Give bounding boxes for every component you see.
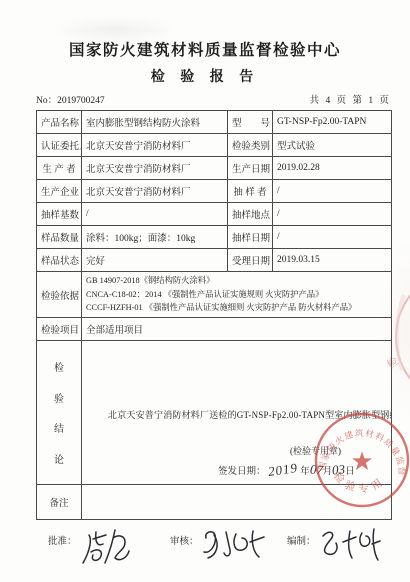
approve-label: 批准： [48,533,77,547]
issue-date-line: 签发日期： 2019 年07月03日 [218,462,355,478]
remark-value [82,485,392,520]
day-char: 日 [345,467,355,477]
basis-line-3: CCCF-HZFH-01 《强制性产品认证实施细则 火灾防护产品 防火材料产品》 [86,301,387,314]
approve-signature [77,527,141,567]
prepare-label: 编制： [287,533,316,547]
sampler-value: / [273,180,392,203]
items-value: 全部适用项目 [82,318,392,341]
sample-state-value: 完好 [82,249,228,272]
approve-group: 批准： [48,533,141,567]
issue-month-handwritten: 07 [309,462,323,479]
row-sample-qty: 样品数量 涂料：100kg；面漆：10kg 抽样日期 / [37,226,392,249]
pagination: 共 4 页 第 1 页 [310,92,391,106]
report-table: 产品名称 室内膨胀型钢结构防火涂料 型 号 GT-NSP-Fp2.00-TAPN… [36,110,392,520]
sampler-label: 抽 样 者 [228,180,273,203]
conclusion-char: 论 [54,451,64,466]
row-sample-base: 抽样基数 / 抽样地点 / [37,203,392,226]
production-date-label: 生产日期 [228,157,273,180]
conclusion-char: 结 [54,420,64,435]
model-value: GT-NSP-Fp2.00-TAPN [273,111,392,134]
conclusion-cell: 北京天安普宁消防材料厂送检的GT-NSP-Fp2.00-TAPN型室内膨胀型钢结… [82,341,392,485]
row-items: 检验项目 全部适用项目 [37,318,392,341]
model-label: 型 号 [228,111,273,134]
report-number: No：2019700247 [36,92,105,106]
sample-date-label: 抽样日期 [228,226,273,249]
items-label: 检验项目 [37,318,82,341]
sample-place-label: 抽样地点 [228,203,273,226]
year-char: 年 [300,467,310,477]
sample-qty-value: 涂料：100kg；面漆：10kg [82,226,228,249]
remark-label: 备注 [37,485,82,520]
page-title: 国家防火建筑材料质量监督检验中心 [0,38,410,60]
review-group: 审核： [170,533,269,565]
sample-base-label: 抽样基数 [37,203,82,226]
issue-date-label: 签发日期： [218,467,266,477]
producer-label: 生 产 者 [37,157,82,180]
sample-date-value: / [273,226,392,249]
review-signature [199,527,269,565]
prepare-group: 编制： [287,533,382,563]
conclusion-label-stack: 检 验 结 论 [41,344,77,482]
test-type-value: 型式试验 [273,134,392,157]
seal-note: (检验专用章) [290,444,341,457]
row-producer: 生 产 者 北京天安普宁消防材料厂 生产日期 2019.02.28 [37,157,392,180]
conclusion-text: 北京天安普宁消防材料厂送检的GT-NSP-Fp2.00-TAPN型室内膨胀型钢结… [90,405,383,427]
basis-line-1: GB 14907-2018《钢结构防火涂料》 [86,274,387,287]
consignor-value: 北京天安普宁消防材料厂 [82,134,228,157]
consignor-label: 认证委托人 [37,134,82,157]
row-remark: 备注 [37,485,392,520]
conclusion-char: 验 [54,390,64,405]
conclusion-label: 检 验 结 论 [37,341,82,485]
sample-state-label: 样品状态 [37,249,82,272]
basis-line-2: CNCA-C18-02：2014 《强制性产品认证实施规则 火灾防护产品》 [86,288,387,301]
row-factory: 生产企业 北京天安普宁消防材料厂 抽 样 者 / [37,180,392,203]
issue-year-handwritten: 2019 [267,460,299,480]
factory-value: 北京天安普宁消防材料厂 [82,180,228,203]
row-conclusion: 检 验 结 论 北京天安普宁消防材料厂送检的GT-NSP-Fp2.00-TAPN… [37,341,392,485]
conclusion-char: 检 [54,359,64,374]
prepare-signature [316,527,382,563]
test-type-label: 检验类别 [228,134,273,157]
sample-place-value: / [273,203,392,226]
sample-qty-label: 样品数量 [37,226,82,249]
producer-value: 北京天安普宁消防材料厂 [82,157,228,180]
product-name-value: 室内膨胀型钢结构防火涂料 [82,111,228,134]
product-name-label: 产品名称 [37,111,82,134]
accept-date-value: 2019.03.15 [273,249,392,272]
row-consignor: 认证委托人 北京天安普宁消防材料厂 检验类别 型式试验 [37,134,392,157]
accept-date-label: 受理日期 [228,249,273,272]
row-sample-state: 样品状态 完好 受理日期 2019.03.15 [37,249,392,272]
review-label: 审核： [170,533,199,547]
row-product: 产品名称 室内膨胀型钢结构防火涂料 型 号 GT-NSP-Fp2.00-TAPN [37,111,392,134]
production-date-value: 2019.02.28 [273,157,392,180]
report-page: 国家防火建筑材料质量监督检验中心 检 验 报 告 No：2019700247 共… [0,0,410,582]
report-subtitle: 检 验 报 告 [0,66,410,86]
basis-label: 检验依据 [37,272,82,318]
sample-base-value: / [82,203,228,226]
basis-value: GB 14907-2018《钢结构防火涂料》 CNCA-C18-02：2014 … [82,272,392,318]
issue-day-handwritten: 03 [332,461,346,478]
factory-label: 生产企业 [37,180,82,203]
row-basis: 检验依据 GB 14907-2018《钢结构防火涂料》 CNCA-C18-02：… [37,272,392,318]
